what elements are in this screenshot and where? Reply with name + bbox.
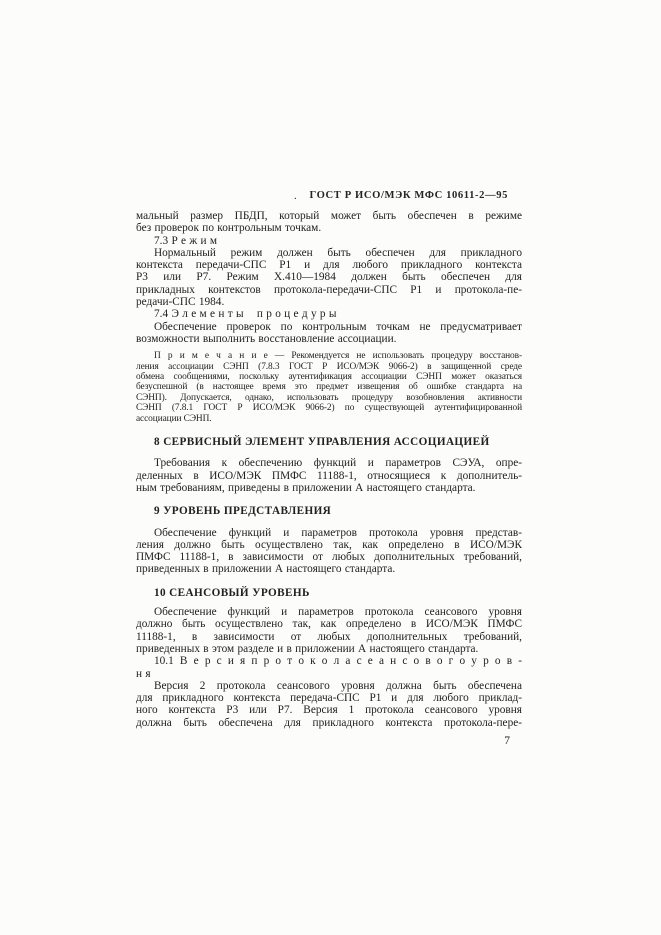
running-header: . ГОСТ Р ИСО/МЭК МФС 10611-2—95 bbox=[136, 190, 522, 201]
section-heading-9: 9 УРОВЕНЬ ПРЕДСТАВЛЕНИЯ bbox=[136, 505, 522, 517]
section-heading-8: 8 СЕРВИСНЫЙ ЭЛЕМЕНТ УПРАВЛЕНИЯ АССОЦИАЦИ… bbox=[136, 436, 522, 448]
text-line: возможности выполнить восстановление асс… bbox=[136, 333, 522, 345]
heading-7-4: 7.4 Э л е м е н т ы п р о ц е д у р ы bbox=[136, 308, 522, 320]
note-line: СЭНП). Допускается, однако, использовать… bbox=[136, 393, 522, 403]
section-heading-10: 10 СЕАНСОВЫЙ УРОВЕНЬ bbox=[136, 587, 522, 599]
text-line: 11188-1, в зависимости от любых дополнит… bbox=[136, 631, 522, 643]
text-line: ления должно быть осуществлено так, как … bbox=[136, 539, 522, 551]
text-line: Версия 2 протокола сеансового уровня дол… bbox=[136, 680, 522, 692]
heading-10-1: 10.1 В е р с и я п р о т о к о л а с е а… bbox=[136, 655, 522, 667]
text-line: контекста передачи-СПС Р1 и для любого п… bbox=[136, 259, 522, 271]
note-line: обмена сообщениями, поскольку аутентифик… bbox=[136, 372, 522, 382]
page-number: 7 bbox=[136, 735, 522, 747]
text-line: Нормальный режим должен быть обеспечен д… bbox=[136, 247, 522, 259]
text-line: деленных в ИСО/МЭК ПМФС 11188-1, относящ… bbox=[136, 470, 522, 482]
standard-code: ГОСТ Р ИСО/МЭК МФС 10611-2—95 bbox=[310, 190, 509, 201]
text-line: Обеспечение функций и параметров протоко… bbox=[136, 606, 522, 618]
heading-10-1-wrap: н я bbox=[136, 668, 522, 680]
text-line: Р3 или Р7. Режим Х.410—1984 должен быть … bbox=[136, 271, 522, 283]
heading-7-3: 7.3 Р е ж и м bbox=[136, 235, 522, 247]
text-line: мальный размер ПБДП, который может быть … bbox=[136, 210, 522, 222]
text-line: редачи-СПС 1984. bbox=[136, 296, 522, 308]
text-line: ного контекста Р3 или Р7. Версия 1 прото… bbox=[136, 704, 522, 716]
text-line: должно быть осуществлено так, как опреде… bbox=[136, 618, 522, 630]
text-line: ПМФС 11188-1, в зависимости от любых доп… bbox=[136, 551, 522, 563]
note-line: ассоциации СЭНП. bbox=[136, 414, 522, 424]
note-block: П р и м е ч а н и е — Рекомендуется не и… bbox=[136, 351, 522, 424]
note-line: П р и м е ч а н и е — Рекомендуется не и… bbox=[136, 351, 522, 361]
text-line: приведенных в этом разделе и в приложени… bbox=[136, 643, 522, 655]
text-line: без проверок по контрольным точкам. bbox=[136, 222, 522, 234]
text-column: . ГОСТ Р ИСО/МЭК МФС 10611-2—95 мальный … bbox=[136, 190, 522, 747]
text-line: для прикладного контекста передача-СПС Р… bbox=[136, 692, 522, 704]
note-line: ления ассоциации СЭНП (7.8.3 ГОСТ Р ИСО/… bbox=[136, 362, 522, 372]
text-line: должна быть обеспечена для прикладного к… bbox=[136, 717, 522, 729]
text-line: ным требованиям, приведены в приложении … bbox=[136, 482, 522, 494]
note-line: СЭНП (7.8.1 ГОСТ Р ИСО/МЭК 9066-2) по су… bbox=[136, 403, 522, 413]
note-line: безуспешной (в настоящее время это предм… bbox=[136, 382, 522, 392]
text-line: приведенных в приложении А настоящего ст… bbox=[136, 563, 522, 575]
text-line: Обеспечение функций и параметров протоко… bbox=[136, 527, 522, 539]
scanned-page: . ГОСТ Р ИСО/МЭК МФС 10611-2—95 мальный … bbox=[0, 0, 661, 935]
text-line: Требования к обеспечению функций и парам… bbox=[136, 457, 522, 469]
scan-artifact-dot: . bbox=[294, 191, 297, 202]
text-line: прикладных контекстов протокола-передачи… bbox=[136, 284, 522, 296]
text-line: Обеспечение проверок по контрольным точк… bbox=[136, 321, 522, 333]
